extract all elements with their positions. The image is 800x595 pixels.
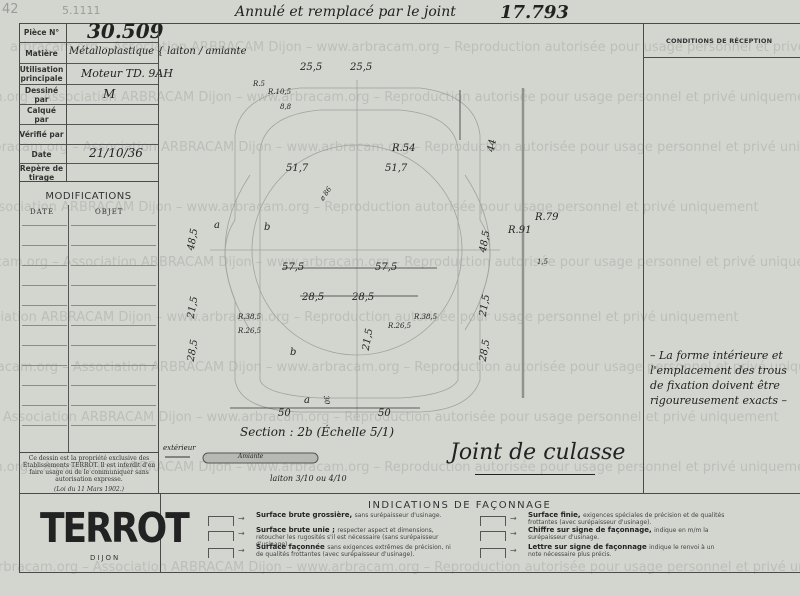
title-underline — [475, 474, 595, 475]
dim-label: 57,5 — [375, 262, 397, 273]
dim-label: R.10,5 — [268, 88, 291, 96]
dim-label: 51,7 — [286, 163, 308, 174]
dim-label: R.38,5 — [414, 313, 437, 321]
asbestos-label: Amiante — [238, 453, 263, 460]
dim-label: R.54 — [392, 143, 415, 154]
drawing-sheet: arbracam.org – Association ARBRACAM Dijo… — [0, 0, 800, 595]
dim-label: R.5 — [253, 80, 265, 88]
drawing-title: Joint de culasse — [450, 440, 625, 465]
dim-label: 25,5 — [350, 62, 372, 73]
gasket-drawing — [0, 0, 800, 595]
dim-label: b — [264, 222, 270, 233]
dim-label: a — [304, 395, 310, 406]
dim-label: 28,5 — [352, 292, 374, 303]
dim-label: R.38,5 — [238, 313, 261, 321]
dim-label: a — [214, 220, 220, 231]
dim-label: b — [290, 347, 296, 358]
dim-label: 1,5 — [537, 258, 548, 266]
dim-label: 30 — [322, 395, 331, 405]
dim-label: 25,5 — [300, 62, 322, 73]
exterior-label: extérieur — [163, 444, 196, 452]
dim-label: R.79 — [535, 212, 558, 223]
dim-label: R.26,5 — [388, 322, 411, 330]
dim-label: R.26,5 — [238, 327, 261, 335]
section-label: Section : 2b (Échelle 5/1) — [240, 425, 394, 439]
dim-label: 50 — [378, 408, 391, 419]
dim-label: 51,7 — [385, 163, 407, 174]
dim-label: R.91 — [508, 225, 531, 236]
dim-label: 57,5 — [282, 262, 304, 273]
dim-label: 8,8 — [280, 103, 291, 111]
brass-label: laiton 3/10 ou 4/10 — [270, 474, 347, 483]
dim-label: 50 — [278, 408, 291, 419]
dim-label: 28,5 — [302, 292, 324, 303]
dim-label: 44 — [486, 138, 499, 152]
